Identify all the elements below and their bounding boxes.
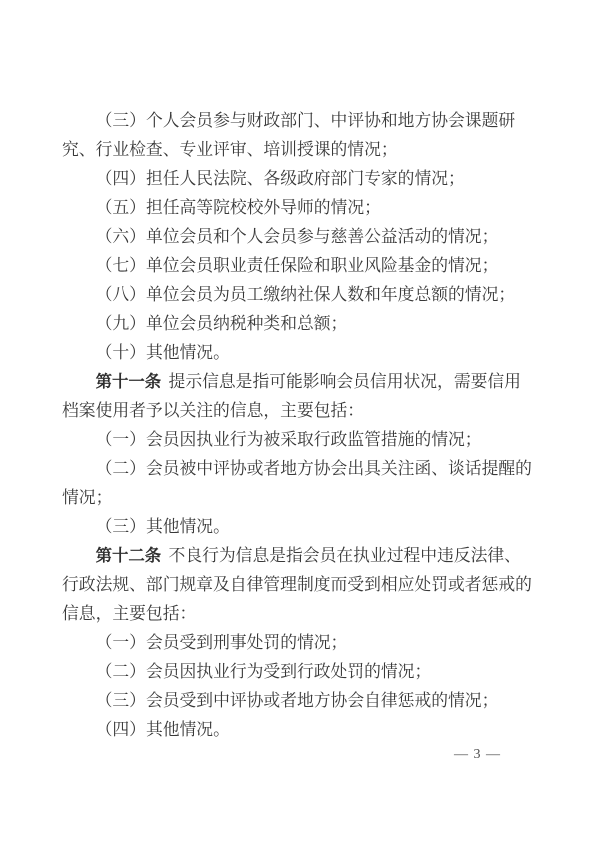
line-text: （二）会员被中评协或者地方协会出具关注函、谈话提醒的 (96, 459, 532, 478)
text-line: 档案使用者予以关注的信息，主要包括： (62, 396, 536, 425)
text-line: （七）单位会员职业责任保险和职业风险基金的情况； (62, 251, 536, 280)
line-text: （二）会员因执业行为受到行政处罚的情况； (96, 662, 432, 681)
text-line: （十）其他情况。 (62, 338, 536, 367)
line-text: （六）单位会员和个人会员参与慈善公益活动的情况； (96, 227, 499, 246)
text-line: （九）单位会员纳税种类和总额； (62, 309, 536, 338)
line-text: （八）单位会员为员工缴纳社保人数和年度总额的情况； (96, 285, 516, 304)
line-text: （十）其他情况。 (96, 343, 230, 362)
line-text: （三）会员受到中评协或者地方协会自律惩戒的情况； (96, 691, 499, 710)
text-line: （五）担任高等院校校外导师的情况； (62, 193, 536, 222)
text-line: （三）其他情况。 (62, 512, 536, 541)
article-number: 第十二条 (96, 547, 162, 565)
text-line: （二）会员被中评协或者地方协会出具关注函、谈话提醒的 (62, 454, 536, 483)
text-line: （四）其他情况。 (62, 715, 536, 744)
line-text: 究、行业检查、专业评审、培训授课的情况； (62, 140, 398, 159)
text-line: （二）会员因执业行为受到行政处罚的情况； (62, 657, 536, 686)
text-line: 究、行业检查、专业评审、培训授课的情况； (62, 135, 536, 164)
text-line: 第十一条提示信息是指可能影响会员信用状况，需要信用 (62, 367, 536, 396)
text-line: （六）单位会员和个人会员参与慈善公益活动的情况； (62, 222, 536, 251)
document-body: （三）个人会员参与财政部门、中评协和地方协会课题研究、行业检查、专业评审、培训授… (62, 106, 536, 744)
text-line: （一）会员因执业行为被采取行政监管措施的情况； (62, 425, 536, 454)
text-line: （八）单位会员为员工缴纳社保人数和年度总额的情况； (62, 280, 536, 309)
line-text: （四）担任人民法院、各级政府部门专家的情况； (96, 169, 465, 188)
line-text: （四）其他情况。 (96, 720, 230, 739)
text-line: （三）会员受到中评协或者地方协会自律惩戒的情况； (62, 686, 536, 715)
line-text: （三）个人会员参与财政部门、中评协和地方协会课题研 (96, 111, 516, 130)
text-line: （一）会员受到刑事处罚的情况； (62, 628, 536, 657)
line-text: 提示信息是指可能影响会员信用状况，需要信用 (169, 372, 521, 391)
text-line: （四）担任人民法院、各级政府部门专家的情况； (62, 164, 536, 193)
line-text: （三）其他情况。 (96, 517, 230, 536)
line-text: （一）会员因执业行为被采取行政监管措施的情况； (96, 430, 482, 449)
line-text: 情况； (62, 488, 112, 507)
line-text: 信息，主要包括： (62, 604, 196, 623)
line-text: 不良行为信息是指会员在执业过程中违反法律、 (169, 546, 521, 565)
text-line: 行政法规、部门规章及自律管理制度而受到相应处罚或者惩戒的 (62, 570, 536, 599)
text-line: 情况； (62, 483, 536, 512)
text-line: 第十二条不良行为信息是指会员在执业过程中违反法律、 (62, 541, 536, 570)
line-text: （五）担任高等院校校外导师的情况； (96, 198, 381, 217)
line-text: 行政法规、部门规章及自律管理制度而受到相应处罚或者惩戒的 (62, 575, 532, 594)
text-line: 信息，主要包括： (62, 599, 536, 628)
line-text: （一）会员受到刑事处罚的情况； (96, 633, 348, 652)
text-line: （三）个人会员参与财政部门、中评协和地方协会课题研 (62, 106, 536, 135)
page-number: — 3 — (454, 747, 501, 763)
article-number: 第十一条 (96, 373, 162, 391)
line-text: （七）单位会员职业责任保险和职业风险基金的情况； (96, 256, 499, 275)
line-text: （九）单位会员纳税种类和总额； (96, 314, 348, 333)
line-text: 档案使用者予以关注的信息，主要包括： (62, 401, 364, 420)
document-page: （三）个人会员参与财政部门、中评协和地方协会课题研究、行业检查、专业评审、培训授… (0, 0, 595, 841)
